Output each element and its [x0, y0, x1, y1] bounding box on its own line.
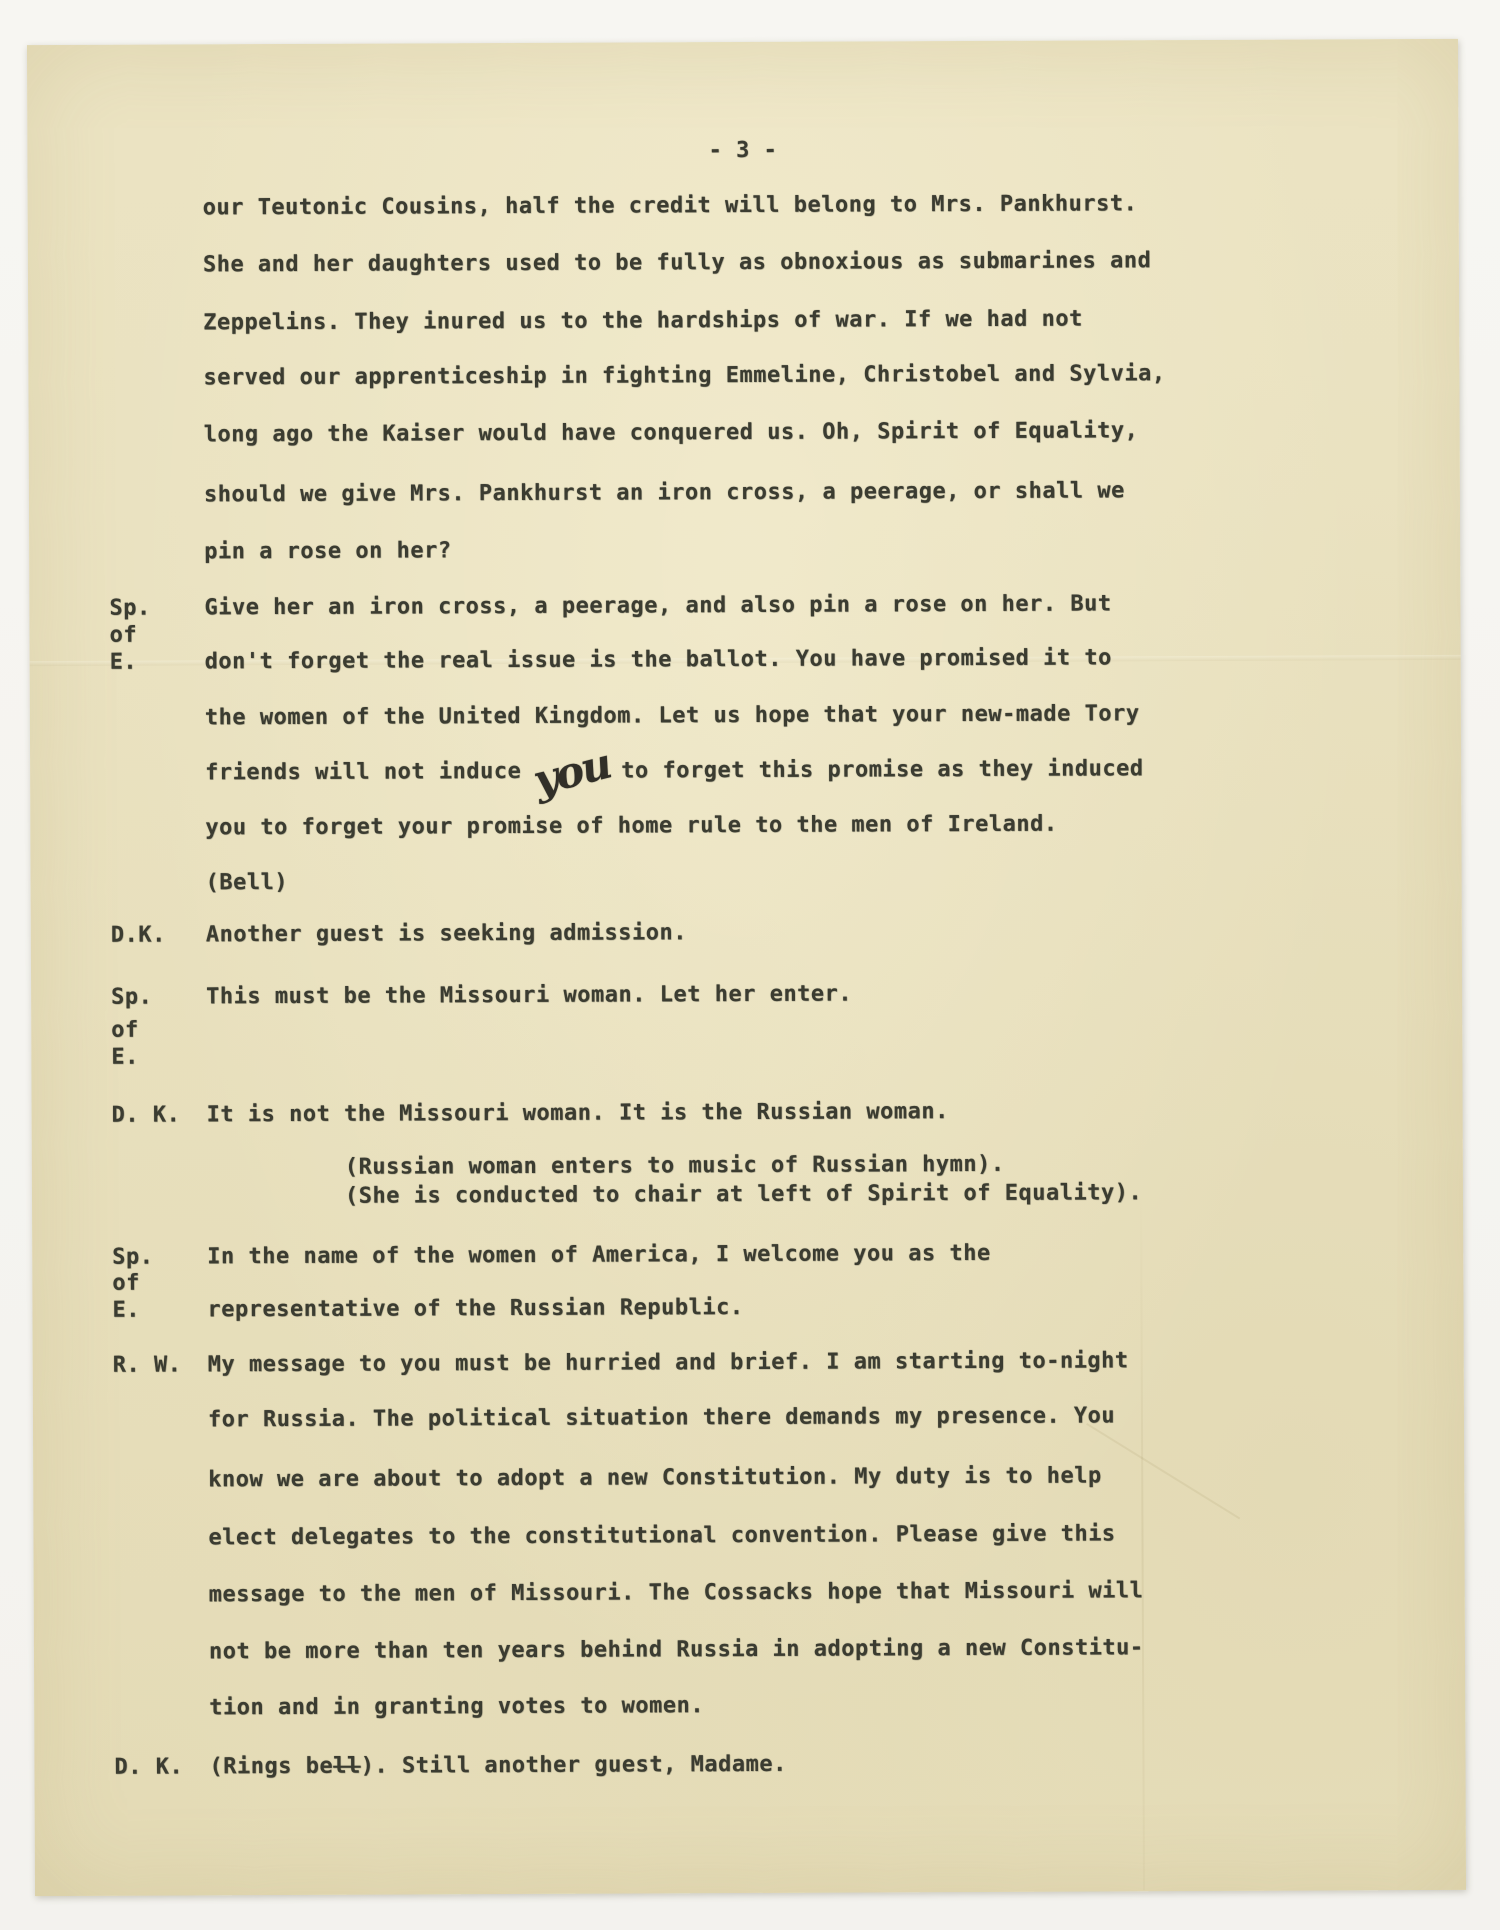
- line-text: (Bell): [206, 870, 289, 895]
- typed-line: D.K.Another guest is seeking admission.: [31, 917, 1462, 953]
- typed-line-with-correction: friends will not induceyouto forget this…: [30, 755, 1461, 791]
- line-text: for Russia. The political situation ther…: [208, 1403, 1115, 1432]
- line-text: not be more than ten years behind Russia…: [209, 1635, 1144, 1664]
- line-text: (Russian woman enters to music of Russia…: [345, 1152, 1005, 1180]
- line-text: Zeppelins. They inured us to the hardshi…: [203, 307, 1083, 336]
- line-text: you to forget your promise of home rule …: [205, 812, 1057, 841]
- line-text: Another guest is seeking admission.: [206, 920, 687, 947]
- typed-line: pin a rose on her?: [29, 534, 1460, 570]
- line-text: pin a rose on her?: [204, 538, 452, 564]
- speaker-label: of: [109, 623, 137, 648]
- typed-line: E.don't forget the real issue is the bal…: [30, 644, 1461, 680]
- speaker-label: D. K.: [114, 1754, 183, 1779]
- speaker-label: E.: [110, 650, 138, 675]
- speaker-label: of: [111, 1018, 139, 1043]
- line-text: representative of the Russian Republic.: [207, 1295, 743, 1322]
- typed-line: should we give Mrs. Pankhurst an iron cr…: [29, 477, 1460, 513]
- line-text: Give her an iron cross, a peerage, and a…: [204, 591, 1111, 620]
- typed-line: elect delegates to the constitutional co…: [33, 1520, 1464, 1556]
- line-text: should we give Mrs. Pankhurst an iron cr…: [204, 478, 1125, 507]
- stage-direction: (She is conducted to chair at left of Sp…: [32, 1179, 1463, 1215]
- overstruck-text: ll: [333, 1754, 361, 1779]
- speaker-label: R. W.: [113, 1352, 182, 1377]
- line-text: She and her daughters used to be fully a…: [203, 248, 1152, 277]
- line-text: In the name of the women of America, I w…: [207, 1241, 991, 1269]
- line-text: This must be the Missouri woman. Let her…: [206, 982, 852, 1010]
- typed-line: Zeppelins. They inured us to the hardshi…: [28, 305, 1459, 341]
- typed-line: not be more than ten years behind Russia…: [34, 1634, 1465, 1670]
- typed-line: She and her daughters used to be fully a…: [28, 247, 1459, 283]
- typed-line-with-overstrike: D. K. (Rings bell). Still another guest,…: [34, 1749, 1465, 1785]
- page-number: - 3 -: [27, 135, 1458, 171]
- typewritten-page: - 3 - our Teutonic Cousins, half the cre…: [27, 39, 1466, 1896]
- line-text: friends will not induceyouto forget this…: [205, 756, 1144, 785]
- stage-direction: (Bell): [31, 865, 1462, 901]
- line-text: long ago the Kaiser would have conquered…: [204, 418, 1139, 447]
- line-text: (Rings bell). Still another guest, Madam…: [209, 1752, 786, 1780]
- line-text: know we are about to adopt a new Constit…: [208, 1463, 1102, 1492]
- typed-line: long ago the Kaiser would have conquered…: [29, 417, 1460, 453]
- handwritten-correction: you: [533, 758, 610, 787]
- typed-line: D. K.It is not the Missouri woman. It is…: [32, 1097, 1463, 1133]
- line-text: My message to you must be hurried and br…: [208, 1348, 1129, 1377]
- typed-line: know we are about to adopt a new Constit…: [33, 1462, 1464, 1498]
- typed-line: served our apprenticeship in fighting Em…: [28, 360, 1459, 396]
- line-text: our Teutonic Cousins, half the credit wi…: [203, 191, 1138, 220]
- speaker-label: of: [112, 1271, 140, 1296]
- typed-line: R. W.My message to you must be hurried a…: [33, 1347, 1464, 1383]
- typed-line: message to the men of Missouri. The Coss…: [34, 1577, 1465, 1613]
- typed-line: for Russia. The political situation ther…: [33, 1402, 1464, 1438]
- typed-line: Sp.This must be the Missouri woman. Let …: [31, 979, 1462, 1015]
- typed-line: tion and in granting votes to women.: [34, 1690, 1465, 1726]
- speaker-label: D. K.: [112, 1102, 181, 1127]
- line-text: It is not the Missouri woman. It is the …: [207, 1099, 949, 1127]
- speaker-label: E.: [112, 1298, 140, 1323]
- line-text: elect delegates to the constitutional co…: [208, 1521, 1115, 1550]
- typed-line: our Teutonic Cousins, half the credit wi…: [28, 190, 1459, 226]
- typed-line: you to forget your promise of home rule …: [30, 810, 1461, 846]
- typed-line: the women of the United Kingdom. Let us …: [30, 700, 1461, 736]
- line-text: served our apprenticeship in fighting Em…: [203, 361, 1165, 390]
- line-text: message to the men of Missouri. The Coss…: [209, 1578, 1144, 1607]
- typed-line: E.: [31, 1039, 1462, 1075]
- speaker-label: E.: [111, 1045, 139, 1070]
- line-text: the women of the United Kingdom. Let us …: [205, 701, 1140, 730]
- speaker-label: Sp.: [112, 1245, 153, 1270]
- speaker-label: Sp.: [109, 596, 150, 621]
- line-text: tion and in granting votes to women.: [209, 1693, 704, 1720]
- speaker-label: Sp.: [111, 985, 152, 1010]
- line-text: (She is conducted to chair at left of Sp…: [345, 1180, 1142, 1208]
- speaker-label: D.K.: [111, 923, 166, 948]
- typed-line: E.representative of the Russian Republic…: [32, 1292, 1463, 1328]
- line-text: don't forget the real issue is the ballo…: [205, 645, 1112, 674]
- scanned-document: - 3 - our Teutonic Cousins, half the cre…: [0, 0, 1500, 1930]
